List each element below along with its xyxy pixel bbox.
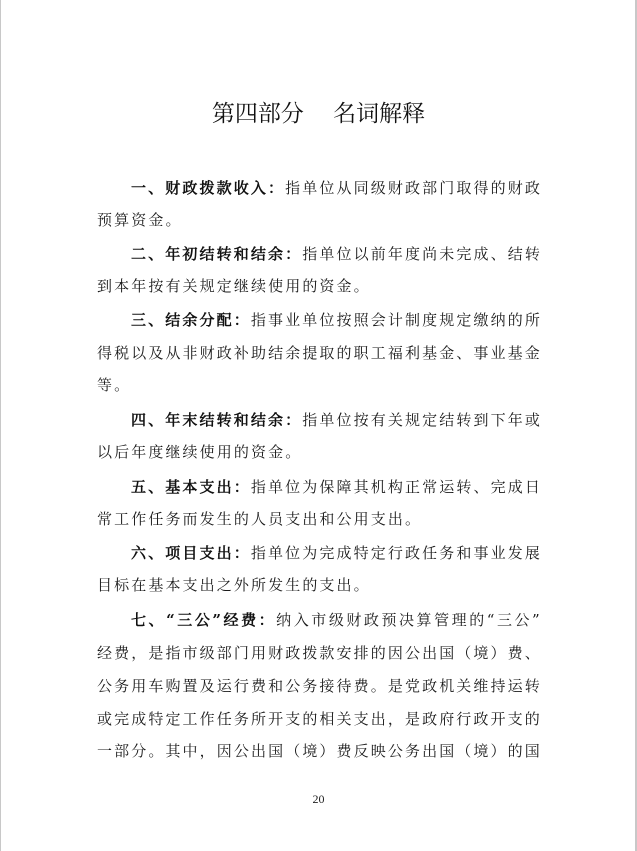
- page-number: 20: [0, 792, 637, 807]
- paragraph-first-line: 二、年初结转和结余：指单位以前年度尚未完成、结转: [131, 244, 540, 264]
- paragraph-line: 常工作任务而发生的人员支出和公用支出。: [97, 509, 540, 529]
- paragraph-line: 一部分。其中，因公出国（境）费反映公务出国（境）的国: [97, 741, 540, 761]
- paragraph-line: 等。: [97, 375, 540, 395]
- paragraph-first-line: 七、“三公”经费：纳入市级财政预决算管理的“三公”: [131, 610, 540, 630]
- paragraph-first-line: 五、基本支出：指单位为保障其机构正常运转、完成日: [131, 477, 540, 497]
- page-title: 第四部分 名词解释: [0, 100, 637, 128]
- paragraph-line: 目标在基本支出之外所发生的支出。: [97, 575, 540, 595]
- paragraph-first-line: 三、结余分配：指事业单位按照会计制度规定缴纳的所: [131, 310, 540, 330]
- paragraph-line: 或完成特定工作任务所开支的相关支出，是政府行政开支的: [97, 709, 540, 729]
- paragraph-line: 经费，是指市级部门用财政拨款安排的因公出国（境）费、: [97, 643, 540, 663]
- paragraph-first-line: 六、项目支出：指单位为完成特定行政任务和事业发展: [131, 543, 540, 563]
- paragraph-line: 公务用车购置及运行费和公务接待费。是党政机关维持运转: [97, 676, 540, 696]
- paragraph-line: 预算资金。: [97, 210, 540, 230]
- paragraph-line: 以后年度继续使用的资金。: [97, 442, 540, 462]
- paragraph-first-line: 四、年末结转和结余：指单位按有关规定结转到下年或: [131, 410, 540, 430]
- paragraph-line: 得税以及从非财政补助结余提取的职工福利基金、事业基金: [97, 343, 540, 363]
- paragraph-line: 到本年按有关规定继续使用的资金。: [97, 276, 540, 296]
- paragraph-first-line: 一、财政拨款收入：指单位从同级财政部门取得的财政: [131, 178, 540, 198]
